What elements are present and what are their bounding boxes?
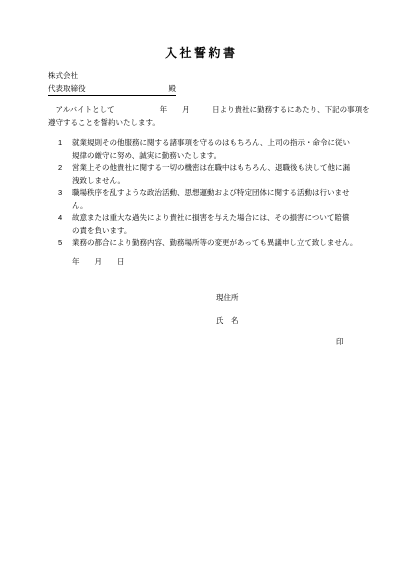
pledge-text-line: 洩致しません。: [72, 176, 125, 185]
representative-title: 代表取締役: [48, 83, 86, 94]
date-line: 年 月 日: [72, 256, 125, 268]
pledge-text-line: ん。: [72, 201, 87, 210]
pledge-text: 故意または重大な過失により貴社に損害を与えた場合には、その損害について賠償 の責…: [72, 212, 349, 237]
pledge-text: 営業上その他貴社に関する一切の機密は在職中はもちろん、退職後も決して他に漏 洩致…: [72, 162, 350, 187]
pledge-item-2: 2 営業上その他貴社に関する一切の機密は在職中はもちろん、退職後も決して他に漏 …: [58, 162, 378, 187]
pledge-text-line: 職場秩序を乱すような政治活動、思想運動および特定団体に関する活動は行いませ: [72, 188, 350, 197]
pledge-item-1: 1 就業規則その他服務に関する諸事項を守るのはもちろん、上司の指示・命令に従い …: [58, 137, 378, 162]
name-label: 氏 名: [216, 315, 239, 326]
seal-mark: 印: [336, 336, 344, 347]
pledge-number: 1: [58, 137, 72, 150]
pledge-text-line: 規律の厳守に努め、誠実に勤務いたします。: [72, 151, 221, 160]
pledge-list: 1 就業規則その他服務に関する諸事項を守るのはもちろん、上司の指示・命令に従い …: [58, 137, 378, 250]
pledge-item-4: 4 故意または重大な過失により貴社に損害を与えた場合には、その損害について賠償 …: [58, 212, 378, 237]
pledge-number: 3: [58, 187, 72, 200]
document-page: 入社誓約書 株式会社 代表取締役 殿 アルバイトとして 年 月 日より貴社に勤務…: [0, 0, 400, 565]
pledge-text: 就業規則その他服務に関する諸事項を守るのはもちろん、上司の指示・命令に従い 規律…: [72, 137, 350, 162]
pledge-item-5: 5 業務の都合により勤務内容、勤務場所等の変更があっても異議申し立て致しません。: [58, 237, 378, 250]
document-title: 入社誓約書: [0, 44, 400, 61]
pledge-number: 2: [58, 162, 72, 175]
pledge-text-line: 就業規則その他服務に関する諸事項を守るのはもちろん、上司の指示・命令に従い: [72, 138, 350, 147]
pledge-item-3: 3 職場秩序を乱すような政治活動、思想運動および特定団体に関する活動は行いませ …: [58, 187, 378, 212]
representative-line: 代表取締役 殿: [48, 83, 176, 96]
pledge-text: 業務の都合により勤務内容、勤務場所等の変更があっても異議申し立て致しません。: [72, 237, 357, 250]
pledge-number: 5: [58, 237, 72, 250]
company-name-line: 株式会社: [48, 70, 176, 81]
pledge-text: 職場秩序を乱すような政治活動、思想運動および特定団体に関する活動は行いませ ん。: [72, 187, 350, 212]
pledge-text-line: 業務の都合により勤務内容、勤務場所等の変更があっても異議申し立て致しません。: [72, 238, 357, 247]
pledge-text-line: 故意または重大な過失により貴社に損害を与えた場合には、その損害について賠償: [72, 213, 349, 222]
intro-line-2: 遵守することを誓約いたします。: [48, 117, 378, 130]
pledge-number: 4: [58, 212, 72, 225]
pledge-text-line: 営業上その他貴社に関する一切の機密は在職中はもちろん、退職後も決して他に漏: [72, 163, 350, 172]
addressee-block: 株式会社 代表取締役 殿: [48, 70, 176, 96]
address-label: 現住所: [216, 292, 239, 303]
intro-paragraph: アルバイトとして 年 月 日より貴社に勤務するにあたり、下記の事項を 遵守するこ…: [48, 104, 378, 129]
honorific-label: 殿: [169, 83, 177, 94]
pledge-text-line: の責を負います。: [72, 226, 131, 235]
intro-line-1: アルバイトとして 年 月 日より貴社に勤務するにあたり、下記の事項を: [48, 104, 378, 117]
